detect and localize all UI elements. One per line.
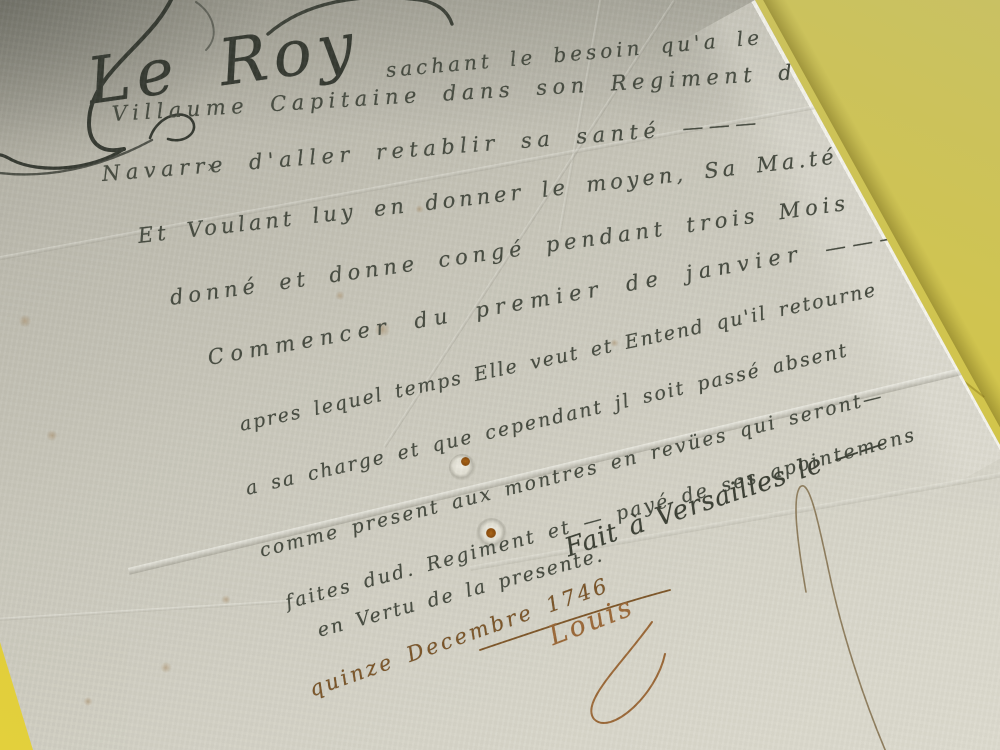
foxing-spot (18, 315, 32, 327)
place-line: Fait à Versailles le —— (561, 428, 890, 563)
foxing-spot (160, 662, 172, 673)
foxing-spot (83, 697, 93, 706)
manuscript-photo: Le Roy sachant le besoin qu'a le S— Vill… (0, 0, 1000, 750)
signature-paraph-loop (591, 622, 665, 723)
foxing-spot (335, 291, 345, 300)
foxing-spot (221, 595, 231, 604)
rust-fleck (461, 457, 470, 466)
foxing-spot (46, 430, 58, 441)
long-paraph-stroke (796, 486, 886, 750)
